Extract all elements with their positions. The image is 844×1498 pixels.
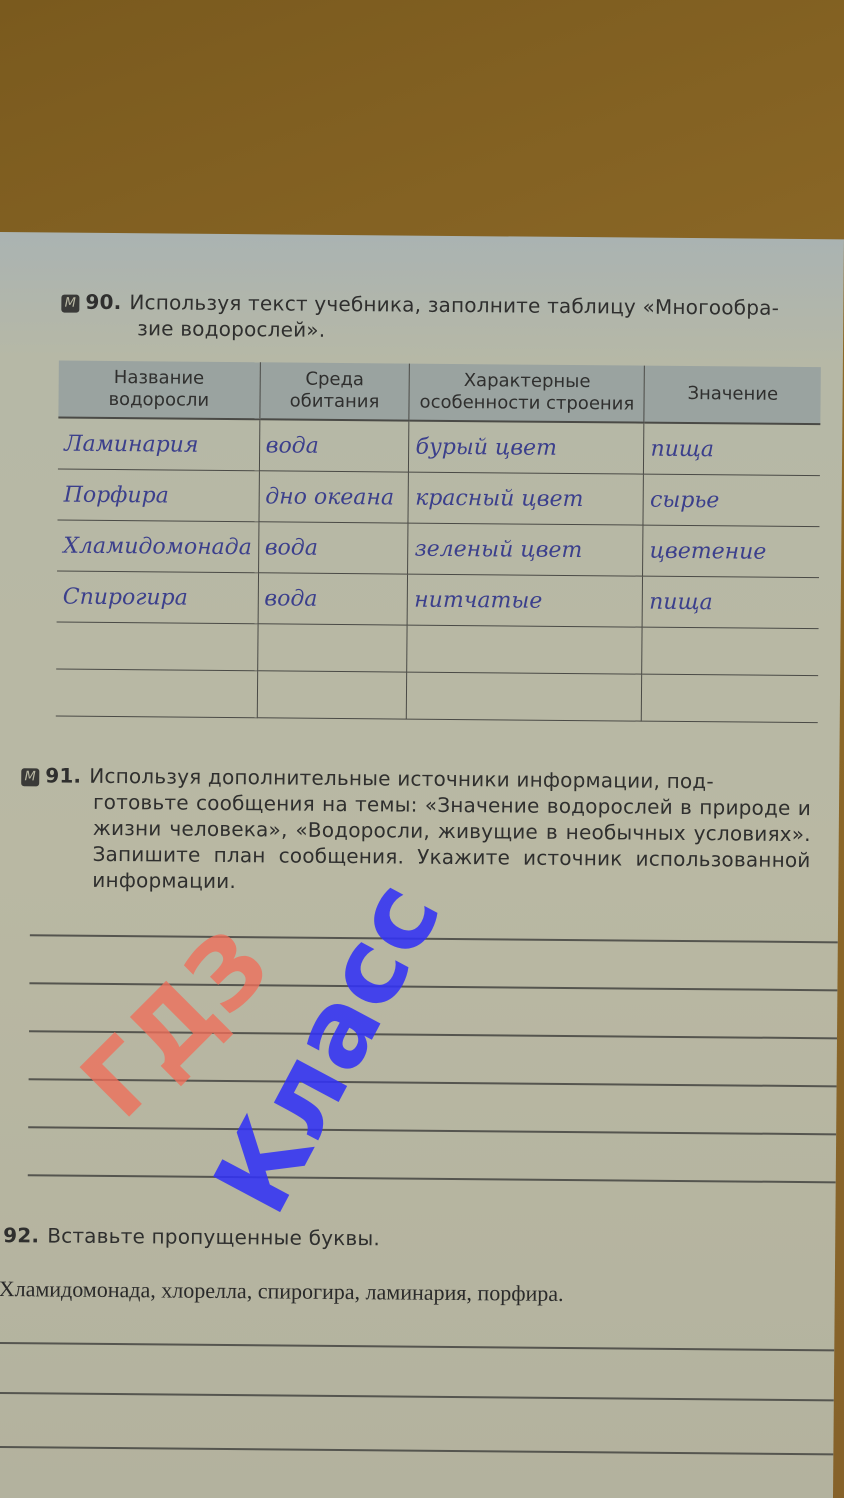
header-name: Название водоросли: [58, 361, 260, 420]
method-icon: M: [21, 768, 39, 786]
task-text-cont: зие водорослей».: [61, 315, 821, 348]
cell-name[interactable]: Порфира: [57, 469, 258, 522]
cell-structure[interactable]: [407, 625, 642, 674]
table-row: [56, 669, 818, 723]
algae-table: Название водоросли Среда обитания Характ…: [56, 361, 821, 724]
fill-in-words: Хламидомонада, хлорелла, спирогира, лами…: [0, 1276, 829, 1309]
cell-structure[interactable]: зеленый цвет: [408, 523, 643, 576]
table-row: Порфирадно океанакрасный цветсырье: [57, 469, 819, 527]
header-habitat: Среда обитания: [259, 362, 409, 420]
task-number: 92.: [3, 1223, 39, 1247]
task-text: Вставьте пропущенные буквы.: [47, 1223, 380, 1250]
answer-line[interactable]: [0, 1446, 833, 1455]
cell-value[interactable]: пища: [644, 423, 821, 476]
answer-line[interactable]: [29, 1078, 837, 1087]
cell-habitat[interactable]: [257, 671, 407, 719]
answer-line[interactable]: [0, 1392, 834, 1401]
cell-value[interactable]: пища: [642, 576, 819, 629]
cell-name[interactable]: Хламидомонада: [57, 520, 258, 573]
header-value: Значение: [644, 366, 821, 425]
answer-line[interactable]: [28, 1126, 836, 1135]
cell-name[interactable]: [56, 622, 257, 671]
cell-name[interactable]: [56, 669, 257, 718]
header-structure: Характерные особенности строения: [409, 364, 644, 423]
answer-line[interactable]: [28, 1174, 836, 1183]
answer-line[interactable]: [30, 934, 838, 943]
table-row: [56, 622, 818, 676]
cell-value[interactable]: цветение: [643, 525, 820, 578]
table-row: Ламинарияводабурый цветпища: [58, 418, 820, 476]
task-92: 92.Вставьте пропущенные буквы.: [3, 1222, 803, 1255]
task-90: M90.Используя текст учебника, заполните …: [61, 289, 821, 348]
answer-line[interactable]: [29, 982, 837, 991]
cell-structure[interactable]: нитчатые: [408, 574, 643, 627]
cell-structure[interactable]: красный цвет: [408, 472, 643, 525]
answer-line[interactable]: [0, 1342, 834, 1351]
cell-name[interactable]: Ламинария: [58, 418, 259, 471]
cell-value[interactable]: сырье: [643, 474, 820, 527]
cell-value[interactable]: [642, 674, 819, 723]
table-row: Хламидомонадаводазеленый цветцветение: [57, 520, 819, 578]
task-number: 91.: [45, 763, 81, 787]
cell-name[interactable]: Спирогира: [57, 571, 258, 624]
cell-habitat[interactable]: вода: [258, 573, 408, 625]
task-91: M91.Используя дополнительные источники и…: [20, 762, 811, 899]
cell-structure[interactable]: бурый цвет: [409, 421, 644, 475]
task-number: 90.: [85, 290, 121, 314]
cell-habitat[interactable]: [257, 624, 407, 672]
cell-habitat[interactable]: вода: [258, 522, 408, 574]
table-row: Спирогираводанитчатыепища: [57, 571, 819, 629]
method-icon: M: [61, 295, 79, 313]
answer-line[interactable]: [29, 1030, 837, 1039]
cell-habitat[interactable]: вода: [259, 419, 409, 472]
cell-structure[interactable]: [407, 672, 642, 721]
workbook-page: M90.Используя текст учебника, заполните …: [0, 232, 844, 1498]
cell-habitat[interactable]: дно океана: [259, 471, 409, 523]
cell-value[interactable]: [642, 627, 819, 676]
table-header-row: Название водоросли Среда обитания Характ…: [58, 361, 820, 425]
task-text-cont: готовьте сообщения на темы: «Значение во…: [20, 788, 811, 899]
